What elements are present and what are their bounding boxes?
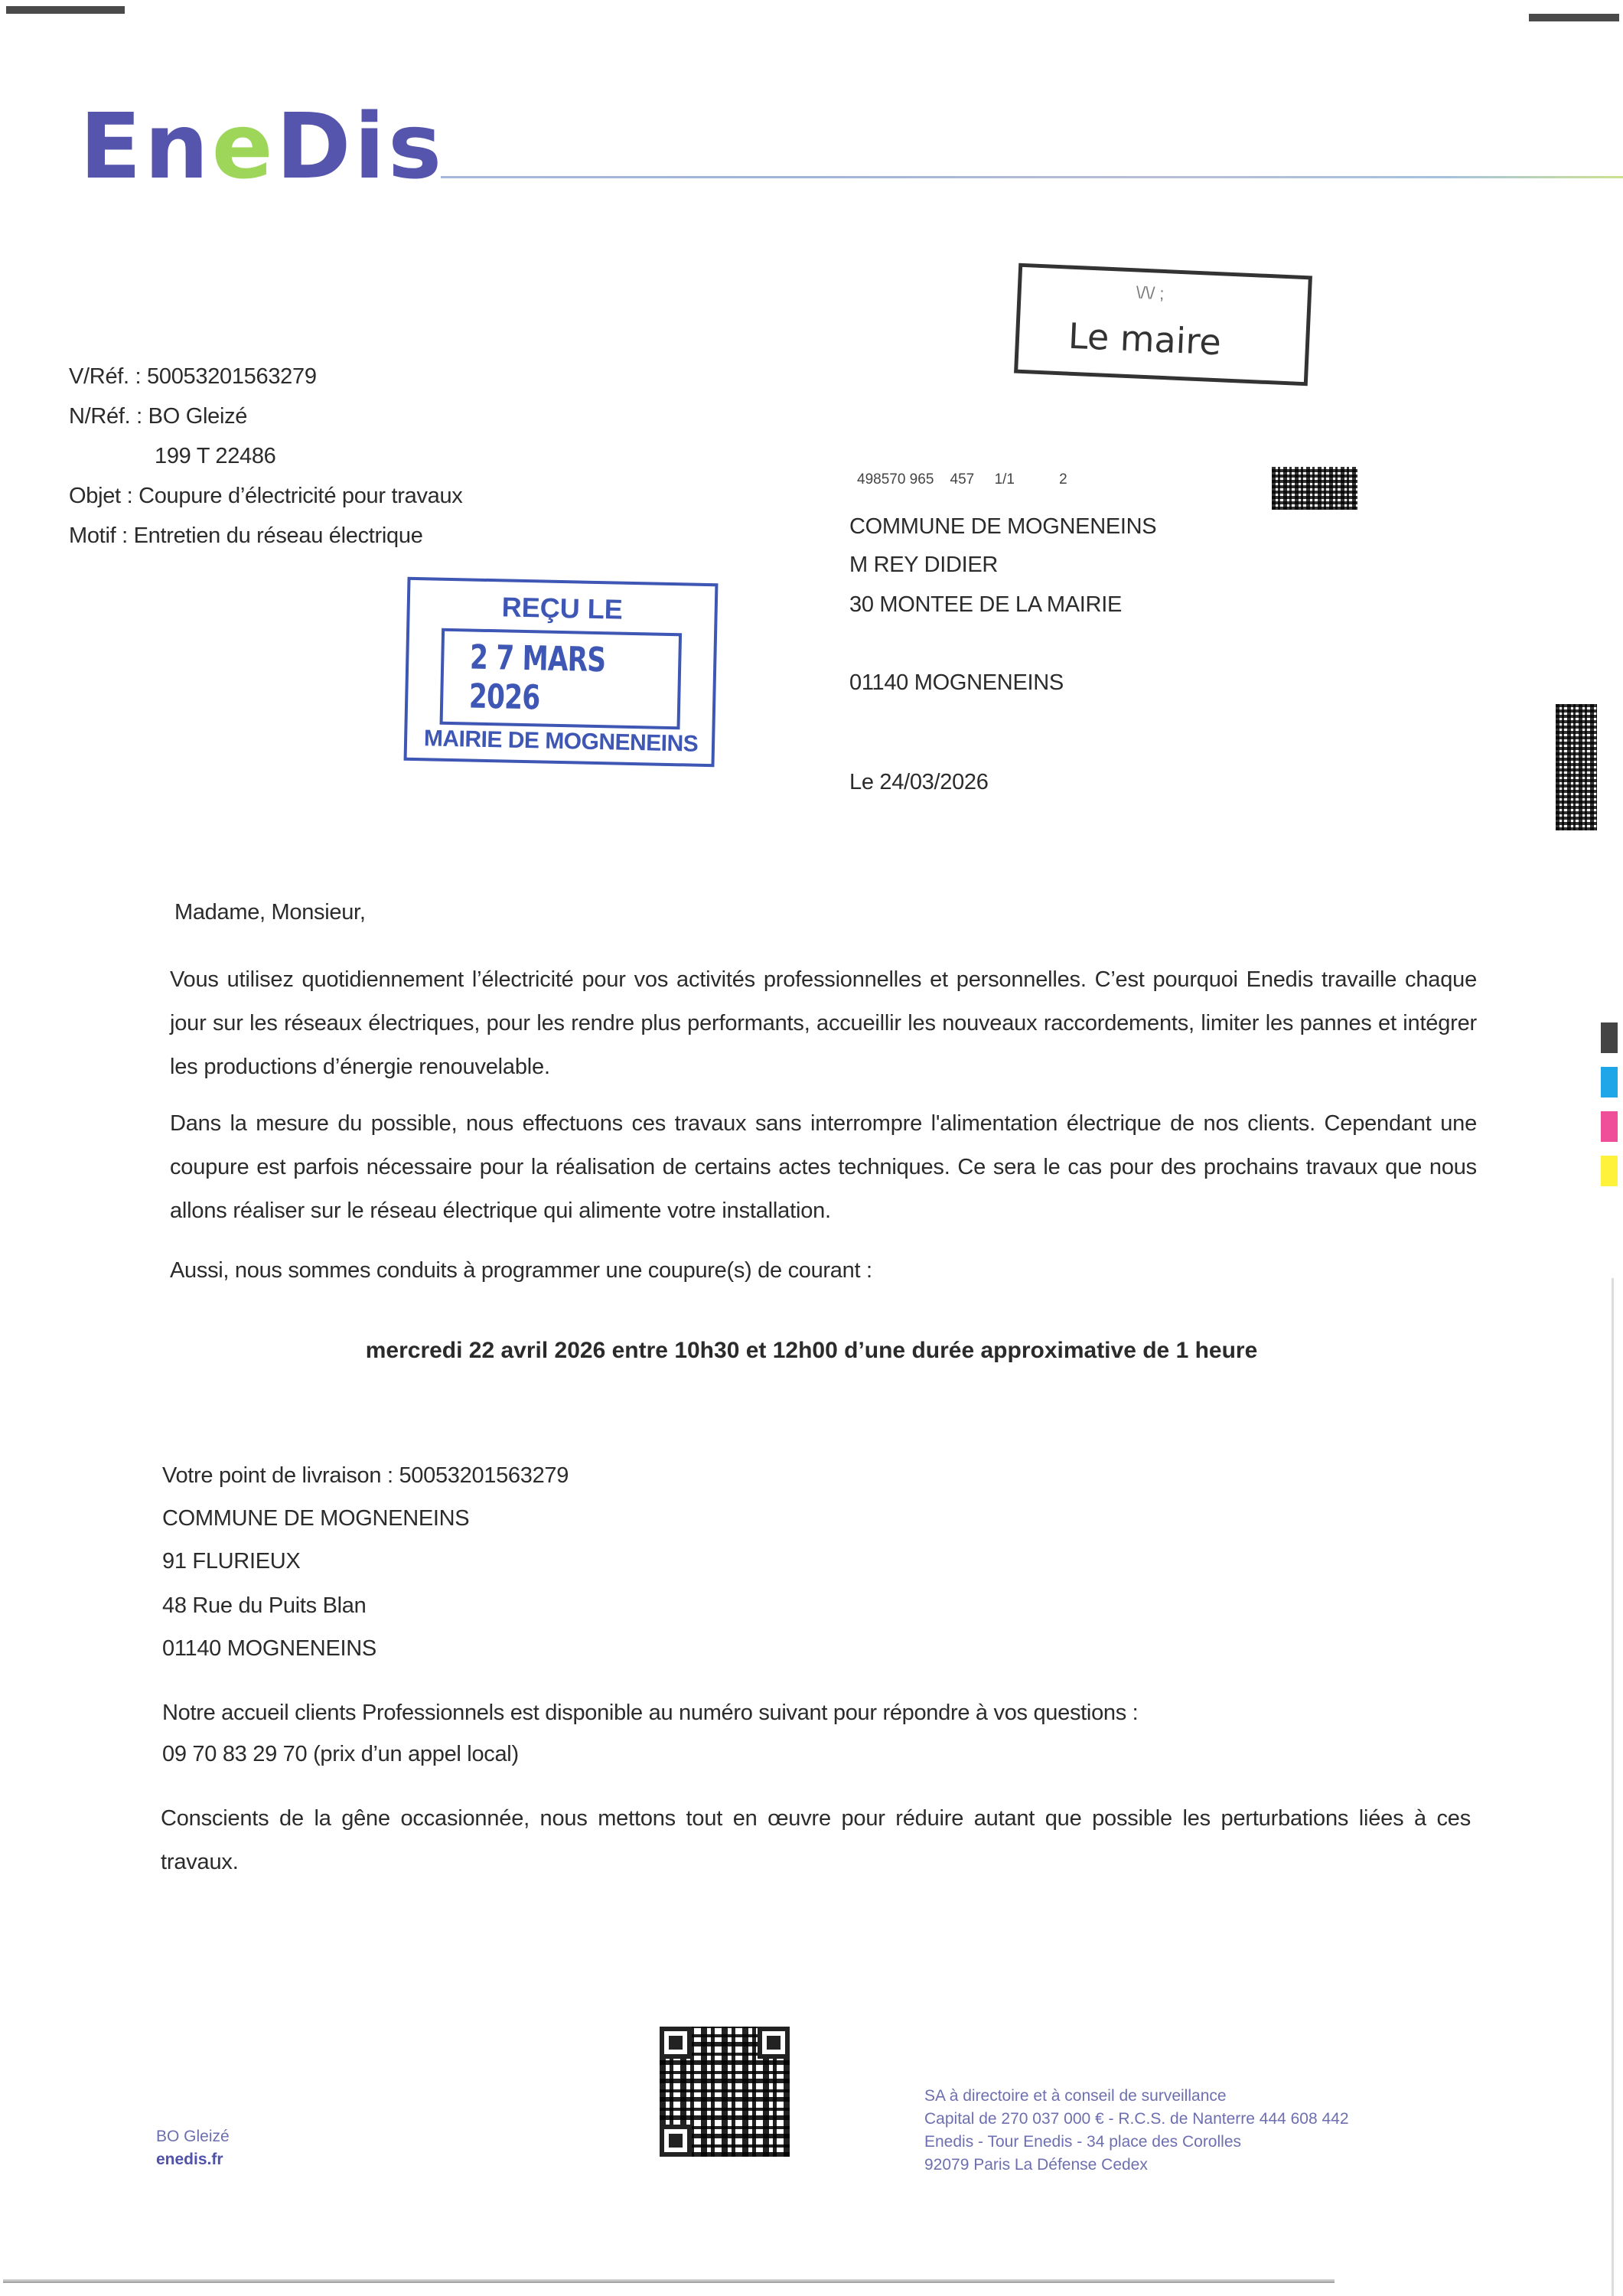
received-stamp: REÇU LE 2 7 MARS 2026 MAIRIE DE MOGNENEI… <box>404 577 719 767</box>
received-stamp-title: REÇU LE <box>409 589 715 628</box>
page-edge-right <box>1612 1278 1614 2296</box>
salutation: Madame, Monsieur, <box>174 900 366 925</box>
delivery-line: COMMUNE DE MOGNENEINS <box>162 1506 469 1531</box>
motive: Motif : Entretien du réseau électrique <box>69 523 423 549</box>
delivery-line: 48 Rue du Puits Blan <box>162 1593 366 1619</box>
closing-paragraph: Conscients de la gêne occasionnée, nous … <box>161 1797 1471 1884</box>
scan-mark-top-left <box>6 6 125 14</box>
header-rule <box>441 176 1623 178</box>
logo-part-accent: e <box>212 93 276 199</box>
footer-legal-line: 92079 Paris La Défense Cedex <box>924 2156 1148 2174</box>
color-mark <box>1601 1156 1618 1186</box>
mail-code: 498570 965 457 1/1 2 <box>857 471 1067 488</box>
subject: Objet : Coupure d’électricité pour trava… <box>69 484 463 509</box>
datamatrix-code <box>1272 467 1357 510</box>
paragraph-2: Dans la mesure du possible, nous effectu… <box>170 1102 1477 1233</box>
paragraph-3: Aussi, nous sommes conduits à programmer… <box>170 1258 872 1283</box>
our-reference-code: 199 T 22486 <box>155 444 276 469</box>
side-datamatrix-code <box>1556 704 1597 830</box>
contact-phone: 09 70 83 29 70 (prix d’un appel local) <box>162 1742 519 1767</box>
stamp-initials: \/\/ ; <box>1136 282 1165 304</box>
qr-finder <box>660 2027 692 2059</box>
stamp-label: Le maire <box>1067 315 1222 364</box>
color-mark <box>1601 1022 1618 1053</box>
recipient-contact: M REY DIDIER <box>849 553 998 578</box>
delivery-line: 91 FLURIEUX <box>162 1549 300 1574</box>
recipient-name: COMMUNE DE MOGNENEINS <box>849 514 1156 540</box>
received-stamp-mairie: MAIRIE DE MOGNENEINS <box>410 726 712 758</box>
footer-legal-line: Capital de 270 037 000 € - R.C.S. de Nan… <box>924 2110 1349 2128</box>
color-mark <box>1601 1111 1618 1142</box>
logo-part: En <box>80 93 212 199</box>
delivery-point-label: Votre point de livraison : 5005320156327… <box>162 1463 569 1489</box>
footer-website-link[interactable]: enedis.fr <box>156 2151 223 2169</box>
delivery-line: 01140 MOGNENEINS <box>162 1636 376 1662</box>
footer-legal-line: Enedis - Tour Enedis - 34 place des Coro… <box>924 2133 1241 2151</box>
letter-date: Le 24/03/2026 <box>849 770 989 795</box>
page-edge <box>3 2279 1335 2283</box>
qr-finder <box>660 2125 692 2157</box>
received-stamp-date-box: 2 7 MARS 2026 <box>440 628 683 730</box>
our-reference: N/Réf. : BO Gleizé <box>69 404 247 429</box>
qr-code[interactable] <box>660 2027 790 2157</box>
your-reference: V/Réf. : 50053201563279 <box>69 364 317 390</box>
outage-schedule: mercredi 22 avril 2026 entre 10h30 et 12… <box>0 1338 1623 1364</box>
footer-sender: BO Gleizé <box>156 2128 230 2146</box>
paragraph-1: Vous utilisez quotidiennement l’électric… <box>170 958 1477 1089</box>
color-mark <box>1601 1067 1618 1097</box>
recipient-city: 01140 MOGNENEINS <box>849 670 1064 696</box>
contact-text: Notre accueil clients Professionnels est… <box>162 1701 1138 1726</box>
recipient-street: 30 MONTEE DE LA MAIRIE <box>849 592 1122 618</box>
scan-mark-top-right <box>1529 14 1619 21</box>
mayor-stamp: \/\/ ; Le maire <box>1014 263 1312 386</box>
enedis-logo: EneDis <box>80 101 445 191</box>
qr-finder <box>758 2027 790 2059</box>
logo-part: Dis <box>276 93 445 199</box>
received-stamp-date: 2 7 MARS 2026 <box>468 638 653 720</box>
footer-legal-line: SA à directoire et à conseil de surveill… <box>924 2087 1227 2105</box>
